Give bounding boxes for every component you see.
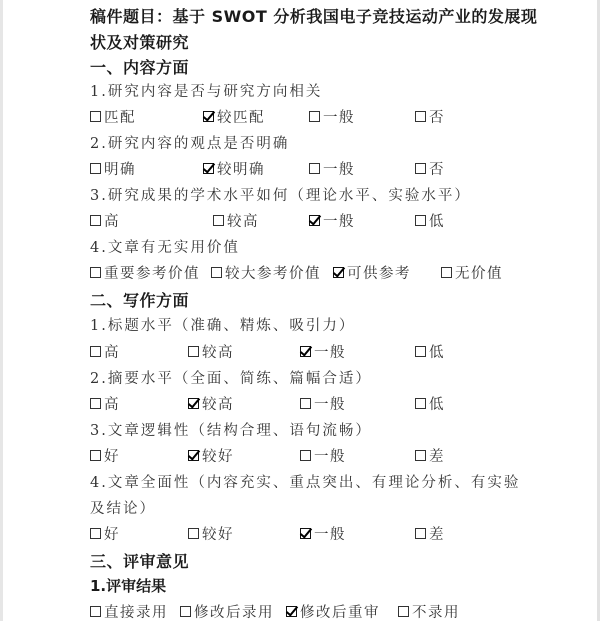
checkbox-icon[interactable] [415,450,426,461]
option-reject[interactable]: 不录用 [398,601,460,621]
question-relevance: 1.研究内容是否与研究方向相关 [90,80,322,101]
checkbox-icon[interactable] [300,450,311,461]
option-good[interactable]: 好 [90,523,120,544]
question-comprehensiveness: 4.文章全面性（内容充实、重点突出、有理论分析、有实验 [90,471,520,492]
option-average[interactable]: 一般 [309,158,355,179]
option-fairly-high[interactable]: 较高 [188,341,234,362]
option-for-reference[interactable]: 可供参考 [333,262,411,283]
option-accept-after-revision[interactable]: 修改后录用 [180,601,274,621]
option-fairly-good[interactable]: 较好 [188,523,234,544]
section-heading-review: 三、评审意见 [90,549,189,572]
checkbox-icon[interactable] [415,346,426,357]
checkbox-icon[interactable] [180,606,191,617]
checkbox-checked-icon[interactable] [286,606,297,617]
checkbox-icon[interactable] [309,163,320,174]
manuscript-title-line-2: 状及对策研究 [90,30,189,53]
option-clear[interactable]: 明确 [90,158,136,179]
option-re-review-after-revision[interactable]: 修改后重审 [286,601,380,621]
option-accept-directly[interactable]: 直接录用 [90,601,168,621]
question-logic: 3.文章逻辑性（结构合理、语句流畅） [90,419,372,440]
checkbox-icon[interactable] [90,450,101,461]
question-academic-level: 3.研究成果的学术水平如何（理论水平、实验水平） [90,184,471,205]
option-important-reference[interactable]: 重要参考价值 [90,262,200,283]
checkbox-icon[interactable] [90,346,101,357]
option-high[interactable]: 高 [90,210,120,231]
option-good[interactable]: 好 [90,445,120,466]
checkbox-icon[interactable] [90,215,101,226]
checkbox-icon[interactable] [213,215,224,226]
question-review-result: 1.评审结果 [90,575,166,596]
option-poor[interactable]: 差 [415,445,445,466]
option-low[interactable]: 低 [415,393,445,414]
option-average[interactable]: 一般 [309,106,355,127]
option-poor[interactable]: 差 [415,523,445,544]
checkbox-icon[interactable] [188,528,199,539]
question-practical-value: 4.文章有无实用价值 [90,236,240,257]
option-no-value[interactable]: 无价值 [441,262,503,283]
checkbox-icon[interactable] [90,398,101,409]
checkbox-checked-icon[interactable] [188,398,199,409]
option-fairly-match[interactable]: 较匹配 [203,106,265,127]
option-high[interactable]: 高 [90,341,120,362]
option-average[interactable]: 一般 [300,523,346,544]
checkbox-icon[interactable] [90,163,101,174]
checkbox-checked-icon[interactable] [203,111,214,122]
checkbox-checked-icon[interactable] [203,163,214,174]
option-fairly-good[interactable]: 较好 [188,445,234,466]
question-title-level: 1.标题水平（准确、精炼、吸引力） [90,314,355,335]
option-no[interactable]: 否 [415,106,445,127]
checkbox-icon[interactable] [415,398,426,409]
section-heading-content: 一、内容方面 [90,55,189,78]
option-fairly-high[interactable]: 较高 [213,210,259,231]
checkbox-icon[interactable] [211,267,222,278]
question-abstract-level: 2.摘要水平（全面、简练、篇幅合适） [90,367,372,388]
checkbox-checked-icon[interactable] [188,450,199,461]
option-no[interactable]: 否 [415,158,445,179]
checkbox-icon[interactable] [441,267,452,278]
checkbox-icon[interactable] [415,111,426,122]
checkbox-checked-icon[interactable] [300,528,311,539]
option-low[interactable]: 低 [415,210,445,231]
option-low[interactable]: 低 [415,341,445,362]
checkbox-checked-icon[interactable] [309,215,320,226]
checkbox-icon[interactable] [90,528,101,539]
option-high[interactable]: 高 [90,393,120,414]
manuscript-title-line-1: 稿件题目：基于 SWOT 分析我国电子竞技运动产业的发展现 [90,4,537,27]
question-comprehensiveness-cont: 及结论） [90,497,156,518]
page-left-edge [0,0,3,621]
checkbox-checked-icon[interactable] [333,267,344,278]
checkbox-icon[interactable] [90,267,101,278]
checkbox-icon[interactable] [90,111,101,122]
option-average[interactable]: 一般 [300,393,346,414]
checkbox-icon[interactable] [415,215,426,226]
option-fairly-high[interactable]: 较高 [188,393,234,414]
checkbox-icon[interactable] [309,111,320,122]
question-clarity: 2.研究内容的观点是否明确 [90,132,289,153]
option-average[interactable]: 一般 [309,210,355,231]
option-match[interactable]: 匹配 [90,106,136,127]
option-fairly-clear[interactable]: 较明确 [203,158,265,179]
checkbox-icon[interactable] [415,163,426,174]
checkbox-icon[interactable] [300,398,311,409]
checkbox-checked-icon[interactable] [300,346,311,357]
checkbox-icon[interactable] [415,528,426,539]
checkbox-icon[interactable] [398,606,409,617]
checkbox-icon[interactable] [188,346,199,357]
option-average[interactable]: 一般 [300,341,346,362]
option-significant-reference[interactable]: 较大参考价值 [211,262,321,283]
option-average[interactable]: 一般 [300,445,346,466]
section-heading-writing: 二、写作方面 [90,288,189,311]
checkbox-icon[interactable] [90,606,101,617]
